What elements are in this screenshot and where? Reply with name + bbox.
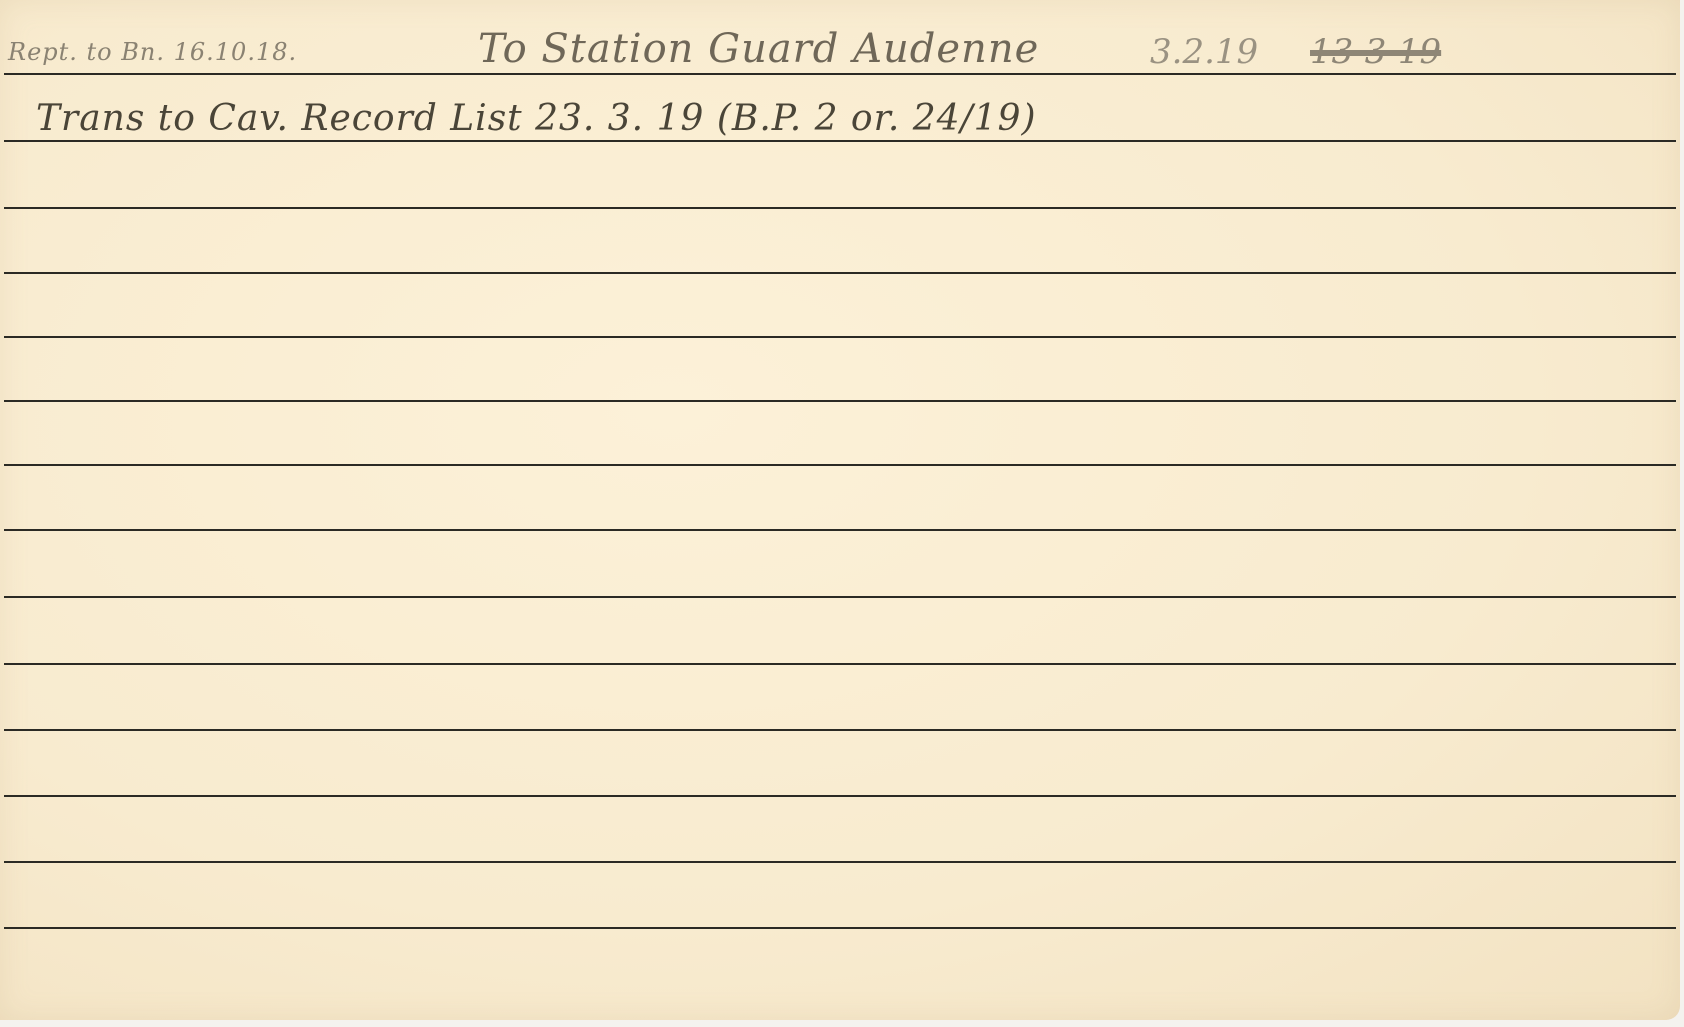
- ruled-line-1: [4, 73, 1676, 75]
- ruled-line-10: [4, 663, 1676, 665]
- ruled-line-2: [4, 140, 1676, 142]
- ruled-line-4: [4, 272, 1676, 274]
- ruled-line-13: [4, 861, 1676, 863]
- ruled-line-6: [4, 400, 1676, 402]
- ruled-line-9: [4, 596, 1676, 598]
- ruled-line-3: [4, 207, 1676, 209]
- ruled-line-14: [4, 927, 1676, 929]
- ruled-line-8: [4, 529, 1676, 531]
- ruled-line-12: [4, 795, 1676, 797]
- ruled-line-5: [4, 336, 1676, 338]
- entry-struck-date: 13-3-19: [1310, 32, 1441, 72]
- entry-reported-to-battalion: Rept. to Bn. 16.10.18.: [8, 38, 297, 66]
- ruled-line-11: [4, 729, 1676, 731]
- entry-transfer-record: Trans to Cav. Record List 23. 3. 19 (B.P…: [36, 98, 1037, 139]
- entry-date: 3.2.19: [1150, 32, 1258, 72]
- entry-station-guard: To Station Guard Audenne: [478, 26, 1039, 72]
- index-card: Rept. to Bn. 16.10.18. To Station Guard …: [0, 0, 1680, 1020]
- ruled-line-7: [4, 464, 1676, 466]
